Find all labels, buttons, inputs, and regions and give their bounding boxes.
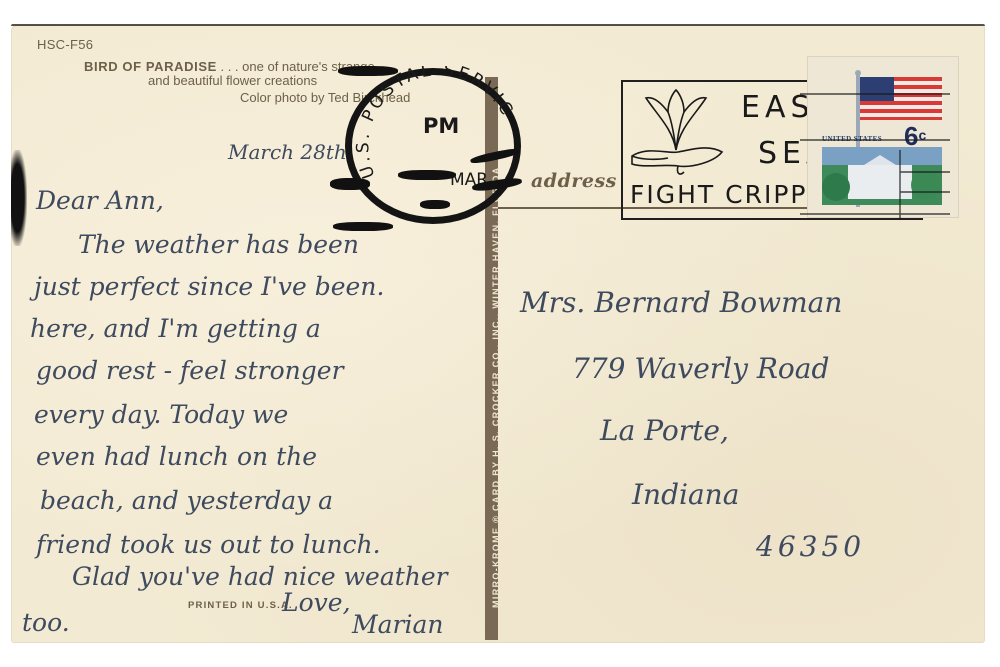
- postmark-smear: [398, 170, 456, 180]
- recipient-zip: 46350: [756, 530, 865, 563]
- message-closing: Love,: [282, 588, 351, 617]
- message-date: March 28th: [228, 140, 347, 164]
- message-line: too.: [22, 608, 70, 637]
- message-line: just perfect since I've been.: [34, 272, 384, 301]
- message-line: friend took us out to lunch.: [36, 530, 381, 559]
- recipient-city: La Porte,: [600, 414, 729, 447]
- message-signature: Marian: [352, 610, 443, 639]
- message-line: good rest - feel stronger: [36, 356, 344, 385]
- message-line: every day. Today we: [34, 400, 288, 429]
- recipient-name: Mrs. Bernard Bowman: [520, 286, 842, 319]
- postmark-smear: [330, 178, 370, 190]
- message-line: Dear Ann,: [36, 186, 164, 215]
- message-line: beach, and yesterday a: [40, 486, 333, 515]
- message-line: The weather has been: [78, 230, 359, 259]
- postmark-time: PM: [423, 114, 459, 138]
- message-line: Glad you've had nice weather: [72, 562, 448, 591]
- card-code: HSC-F56: [37, 37, 93, 52]
- caption-ellipsis: . . .: [217, 59, 242, 74]
- address-label: address: [531, 170, 617, 192]
- postmark-smear: [338, 66, 398, 76]
- cancel-lines: [800, 80, 960, 220]
- printed-in-usa: PRINTED IN U.S.A.: [188, 600, 293, 611]
- postmark-smear: [420, 200, 450, 209]
- recipient-state: Indiana: [632, 478, 739, 511]
- card-top-edge: [11, 24, 985, 26]
- message-line: even had lunch on the: [36, 442, 317, 471]
- caption-title: BIRD OF PARADISE: [84, 59, 217, 74]
- message-line: here, and I'm getting a: [30, 314, 321, 343]
- lily-icon: [628, 88, 726, 180]
- recipient-street: 779 Waverly Road: [572, 352, 829, 385]
- ink-smudge: [11, 150, 27, 246]
